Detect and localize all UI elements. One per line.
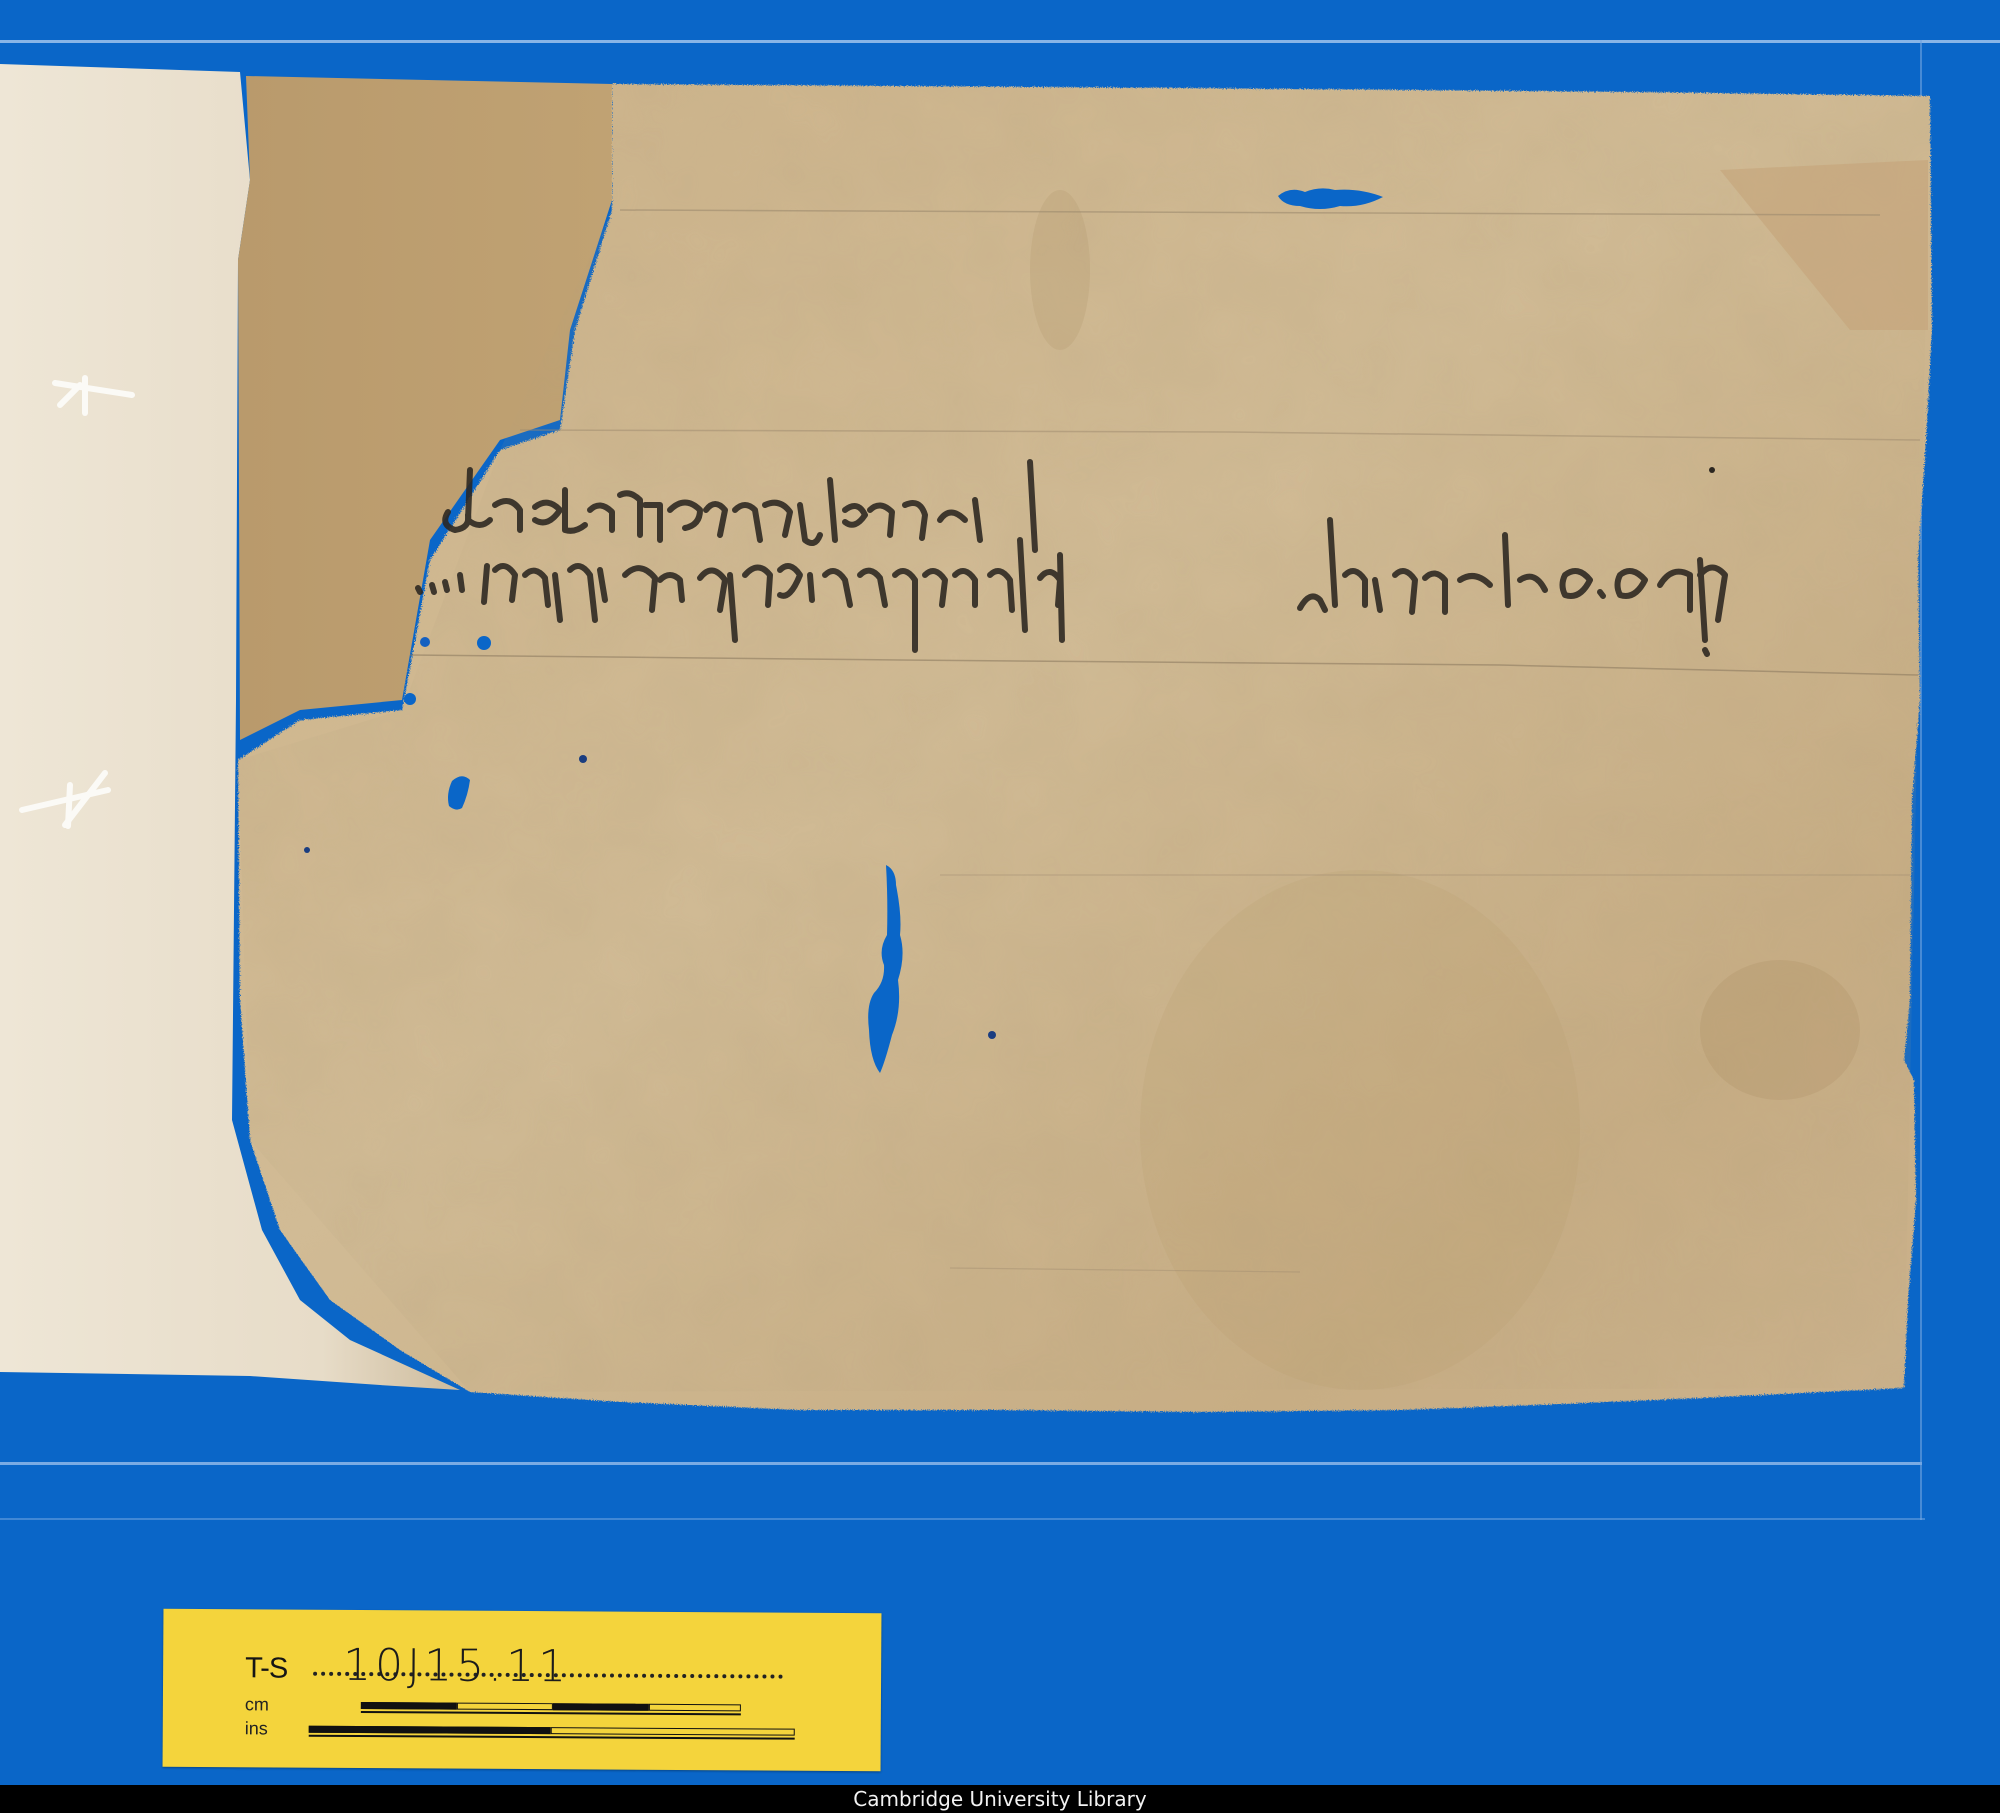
hole <box>988 1031 996 1039</box>
sleeve-edge <box>0 40 2000 43</box>
stain <box>1700 960 1860 1100</box>
shelfmark-number: 10J15.11 <box>343 1640 570 1692</box>
hole <box>304 847 310 853</box>
cm-scale-bar <box>361 1702 741 1714</box>
scale-unit-cm: cm <box>245 1694 269 1715</box>
hole <box>579 755 587 763</box>
hole <box>420 637 430 647</box>
stain <box>1140 870 1580 1390</box>
inch-scale-bar <box>309 1726 795 1739</box>
shelfmark-label: T-S 10J15.11 cm ins <box>163 1609 882 1771</box>
hole <box>477 636 491 650</box>
hole <box>404 693 416 705</box>
manuscript-scene <box>0 0 2000 1785</box>
shelfmark-prefix: T-S <box>245 1652 287 1685</box>
caption-bar: Cambridge University Library <box>0 1785 2000 1813</box>
sleeve-edge <box>0 1518 1925 1520</box>
scale-unit-ins: ins <box>245 1718 268 1739</box>
stain <box>1030 190 1090 350</box>
photograph: T-S 10J15.11 cm ins <box>0 0 2000 1785</box>
ink-dot <box>1709 467 1715 473</box>
caption-text: Cambridge University Library <box>853 1787 1146 1811</box>
sleeve-edge <box>0 1462 1922 1465</box>
